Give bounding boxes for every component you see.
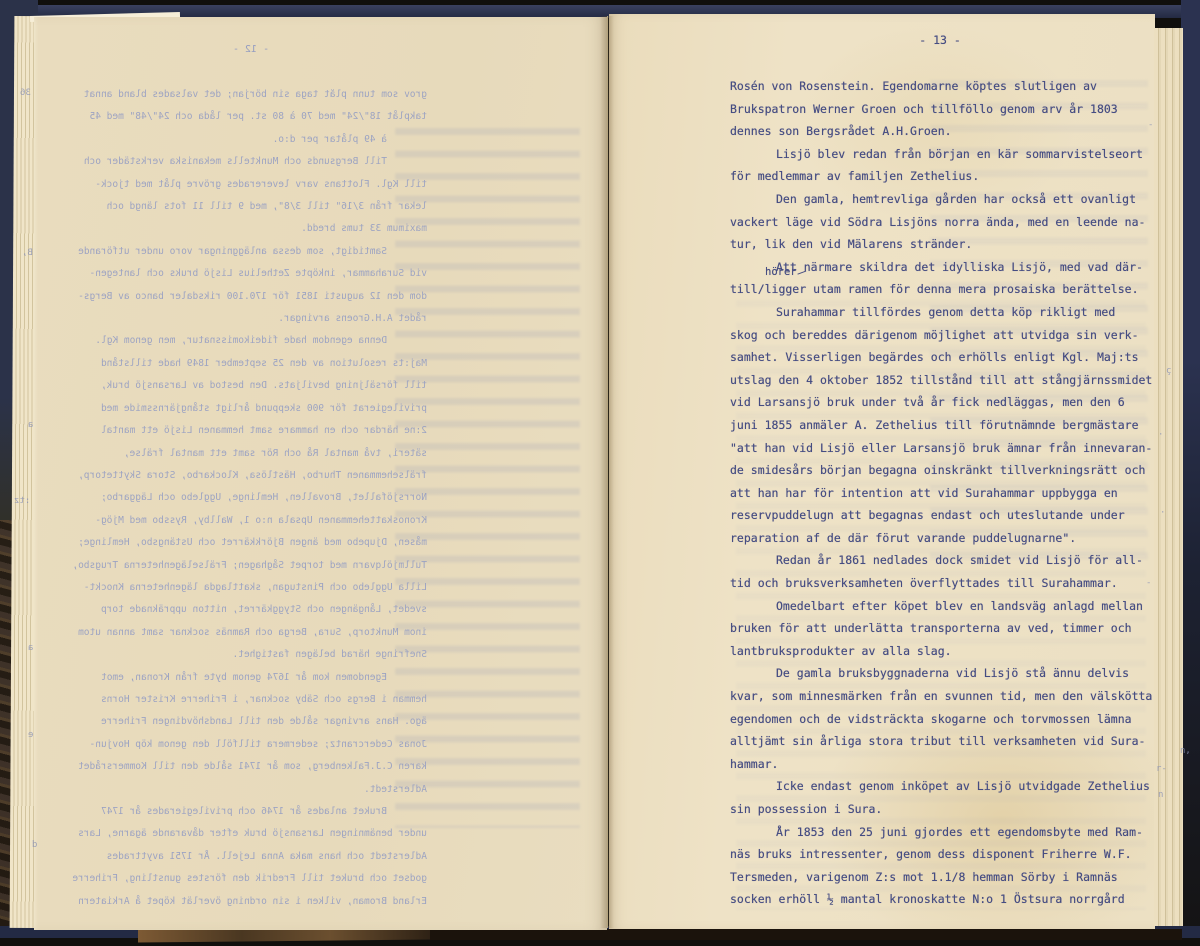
- text-line: säteri, två mantal Rå och Rör samt ett m…: [75, 443, 427, 465]
- text-line: Redan år 1861 nedlades dock smidet vid L…: [730, 549, 1154, 572]
- text-line: Bruket anlades år 1746 och privilegierad…: [75, 801, 427, 823]
- text-line: socken erhöll ½ mantal kronoskatte N:o 1…: [730, 888, 1154, 911]
- text-line: Rosén von Rosenstein. Egendomarne köptes…: [730, 75, 1154, 98]
- text-line: samhet. Visserligen begärdes och erhölls…: [730, 346, 1154, 369]
- text-line: till försäljning beviljats. Den bestod a…: [75, 375, 427, 397]
- text-line: takplåt 18"/24" med 70 à 80 st. per låda…: [75, 106, 427, 128]
- text-line: Omedelbart efter köpet blev en landsväg …: [730, 595, 1154, 618]
- text-line: svedet, Långängen och Styggkärret, nitto…: [75, 599, 427, 621]
- text-line: Maj:ts resolution av den 25 september 18…: [75, 353, 427, 375]
- right-page-number: - 13 -: [730, 33, 1150, 47]
- text-line: grov som tunn plåt taga sin början; det …: [75, 84, 427, 106]
- text-line: bruken för att underlätta transporterna …: [730, 617, 1154, 640]
- text-line: privilegierat för 900 skeppund årligt st…: [75, 398, 427, 420]
- text-line: hammar.: [730, 753, 1154, 776]
- text-line: tid och bruksverksamheten överflyttades …: [730, 572, 1154, 595]
- text-line: dom den 12 augusti 1851 för 170.100 riks…: [75, 286, 427, 308]
- text-line: Den gamla, hemtrevliga gården har också …: [730, 188, 1154, 211]
- text-line: reservpuddelugn att begagnas endast och …: [730, 504, 1154, 527]
- text-line: ägo. Hans arvingar sålde den till Landsh…: [75, 711, 427, 733]
- text-line: tur, lik den vid Mälarens stränder.: [730, 233, 1154, 256]
- text-line: hemman i Bergs och Säby socknar, i Frihe…: [75, 689, 427, 711]
- text-line: till/ligger utam ramen för denna mera pr…: [730, 278, 1154, 301]
- text-line: vackert läge vid Södra Lisjöns norra änd…: [730, 211, 1154, 234]
- right-page-text: Rosén von Rosenstein. Egendomarne köptes…: [730, 75, 1154, 911]
- text-line: att han har för intention att vid Suraha…: [730, 482, 1154, 505]
- text-line: År 1853 den 25 juni gjordes ett egendoms…: [730, 821, 1154, 844]
- text-line: Samtidigt, som dessa anläggningar voro u…: [75, 241, 427, 263]
- text-line: Jonas Cedercrantz; sedermera tillföll de…: [75, 734, 427, 756]
- book-cover-right-edge: [1181, 0, 1200, 946]
- text-line: Egendomen kom år 1674 genom byte från Kr…: [75, 667, 427, 689]
- text-line: godset och bruket till Fredrik den först…: [75, 868, 427, 890]
- text-line: lantbruksprodukter av alla slag.: [730, 640, 1154, 663]
- text-line: Brukspatron Werner Groen och tillföllo g…: [730, 98, 1154, 121]
- text-line: egendomen och de vidsträckta skogarne oc…: [730, 708, 1154, 731]
- text-line: de smidesårs början begagna oinskränkt t…: [730, 459, 1154, 482]
- text-line: utslag den 4 oktober 1852 tillstånd till…: [730, 369, 1154, 392]
- text-line: alltjämt sin årliga stora tribut till ve…: [730, 730, 1154, 753]
- text-line: inom Munktorp, Sura, Berga och Ramnäs so…: [75, 622, 427, 644]
- text-line: skog och bereddes därigenom möjlighet at…: [730, 324, 1154, 347]
- text-line: rådet A.H.Groens arvingar.: [75, 308, 427, 330]
- text-line: 2:ne härdar och en hammare samt hemmanen…: [75, 420, 427, 442]
- right-page-stack-edges: [1154, 28, 1183, 926]
- text-line: maximum 33 tums bredd.: [75, 218, 427, 240]
- left-page-text: grov som tunn plåt taga sin början; det …: [75, 84, 427, 913]
- text-line: Kronoskattehemmanen Upsala n:o 1, Wallby…: [75, 510, 427, 532]
- text-line: Snefringe härad belägen fastighet.: [75, 644, 427, 666]
- text-line: Lisjö blev redan från början en kär somm…: [730, 143, 1154, 166]
- text-line: till Kgl. Flottans varv levererades gröv…: [75, 174, 427, 196]
- text-line: De gamla bruksbyggnaderna vid Lisjö stå …: [730, 662, 1154, 685]
- text-line: kvar, som minnesmärken från en svunnen t…: [730, 685, 1154, 708]
- text-line: juni 1855 anmäler A. Zethelius till föru…: [730, 414, 1154, 437]
- text-line: Till Bergsunds och Munktells mekaniska v…: [75, 151, 427, 173]
- text-line: Adlerstedt och hans maka Anna Lejell. År…: [75, 846, 427, 868]
- text-line: näs bruks intressenter, genom dess dispo…: [730, 843, 1154, 866]
- text-line: Surahammar tillfördes genom detta köp ri…: [730, 301, 1154, 324]
- text-line: för medlemmar av familjen Zethelius.: [730, 165, 1154, 188]
- text-line: sin possession i Sura.: [730, 798, 1154, 821]
- text-line: vid Surahammar, inköpte Zethelius Lisjö …: [75, 263, 427, 285]
- text-line: Erland Broman, vilken i sin ordning över…: [75, 891, 427, 913]
- text-line: Norrsjöfallet, Brovallen, Hemlinge, Uggl…: [75, 487, 427, 509]
- bottom-shadow-strip: [430, 929, 1182, 940]
- text-line: vid Larsansjö bruk under två år fick ned…: [730, 391, 1154, 414]
- text-line: à 49 plåtar per d:o.: [75, 129, 427, 151]
- text-line: Adlerstedt.: [75, 779, 427, 801]
- text-line: Denna egendom hade fideikomissnatur, men…: [75, 330, 427, 352]
- text-line: karen C.J.Falkenberg, som år 1741 sålde …: [75, 756, 427, 778]
- text-line: frälsehemmanen Thurbo, Hästlösa, Klockar…: [75, 465, 427, 487]
- text-line: under benämningen Larsansjö bruk efter d…: [75, 823, 427, 845]
- text-line: "att han vid Lisjö eller Larsansjö bruk …: [730, 437, 1154, 460]
- text-line: Tersmeden, varigenom Z:s mot 1.1/8 hemma…: [730, 866, 1154, 889]
- text-line: Lilla Ugglebo och Pinstugan, skattlagda …: [75, 577, 427, 599]
- text-line: Icke endast genom inköpet av Lisjö utvid…: [730, 775, 1154, 798]
- text-line: Tullmjölqvarn med torpet Såghagen; Fräls…: [75, 555, 427, 577]
- text-line: lekar från 3/16" till 3/8", med 9 till 1…: [75, 196, 427, 218]
- book-spread: - 12 - grov som tunn plåt taga sin börja…: [0, 0, 1200, 946]
- page-gutter-line: [607, 16, 608, 928]
- left-page-number: - 12 -: [75, 44, 427, 55]
- text-line: måsen, Djupebo med ängen Björkkärret och…: [75, 532, 427, 554]
- text-line: dennes son Bergsrådet A.H.Groen.: [730, 120, 1154, 143]
- text-line: reparation af de där förut varande pudde…: [730, 527, 1154, 550]
- interline-insertion: hörer: [765, 266, 807, 278]
